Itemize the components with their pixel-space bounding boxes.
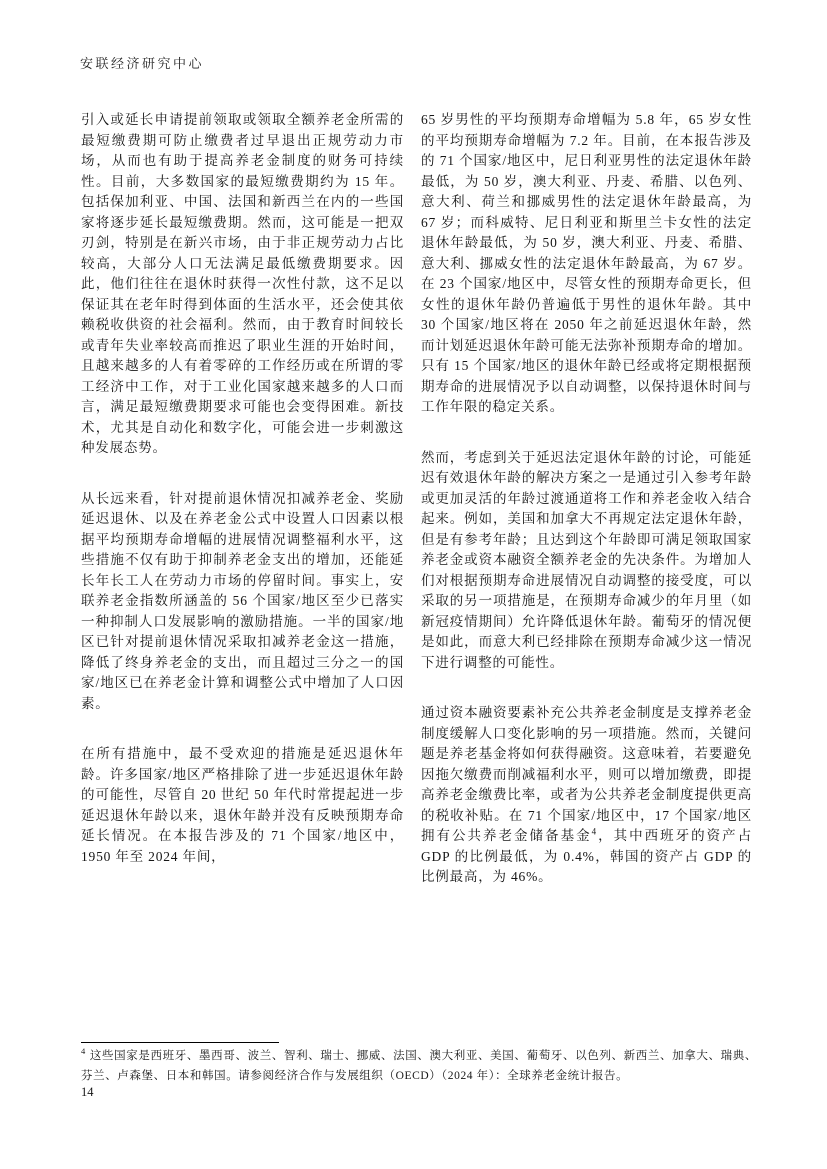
footnote-text: 这些国家是西班牙、墨西哥、波兰、智利、瑞士、挪威、法国、澳大利亚、美国、葡萄牙、… — [81, 1050, 757, 1082]
paragraph: 65 岁男性的平均预期寿命增幅为 5.8 年，65 岁女性的平均预期寿命增幅为 … — [421, 110, 752, 418]
footnote-marker: 4 — [81, 1046, 86, 1056]
right-column: 65 岁男性的平均预期寿命增幅为 5.8 年，65 岁女性的平均预期寿命增幅为 … — [421, 110, 752, 888]
paragraph: 从长远来看，针对提前退休情况扣减养老金、奖励延迟退休、以及在养老金公式中设置人口… — [81, 489, 404, 715]
page-number: 14 — [81, 1085, 94, 1100]
paragraph: 在所有措施中，最不受欢迎的措施是延迟退休年龄。许多国家/地区严格排除了进一步延迟… — [81, 744, 404, 867]
paragraph-text: 通过资本融资要素补充公共养老金制度是支撑养老金制度缓解人口变化影响的另一项措施。… — [421, 705, 752, 843]
paragraph: 然而，考虑到关于延迟法定退休年龄的讨论，可能延迟有效退休年龄的解决方案之一是通过… — [421, 448, 752, 674]
footnote: 4这些国家是西班牙、墨西哥、波兰、智利、瑞士、挪威、法国、澳大利亚、美国、葡萄牙… — [81, 1046, 757, 1086]
document-page: 安联经济研究中心 引入或延长申请提前领取或领取全额养老金所需的最短缴费期可防止缴… — [0, 0, 827, 1169]
two-column-body: 引入或延长申请提前领取或领取全额养老金所需的最短缴费期可防止缴费者过早退出正规劳… — [81, 110, 752, 888]
paragraph: 引入或延长申请提前领取或领取全额养老金所需的最短缴费期可防止缴费者过早退出正规劳… — [81, 110, 404, 459]
paragraph: 通过资本融资要素补充公共养老金制度是支撑养老金制度缓解人口变化影响的另一项措施。… — [421, 703, 752, 888]
footnote-separator-rule — [81, 1042, 279, 1043]
left-column: 引入或延长申请提前领取或领取全额养老金所需的最短缴费期可防止缴费者过早退出正规劳… — [81, 110, 404, 888]
report-header-title: 安联经济研究中心 — [80, 53, 204, 72]
